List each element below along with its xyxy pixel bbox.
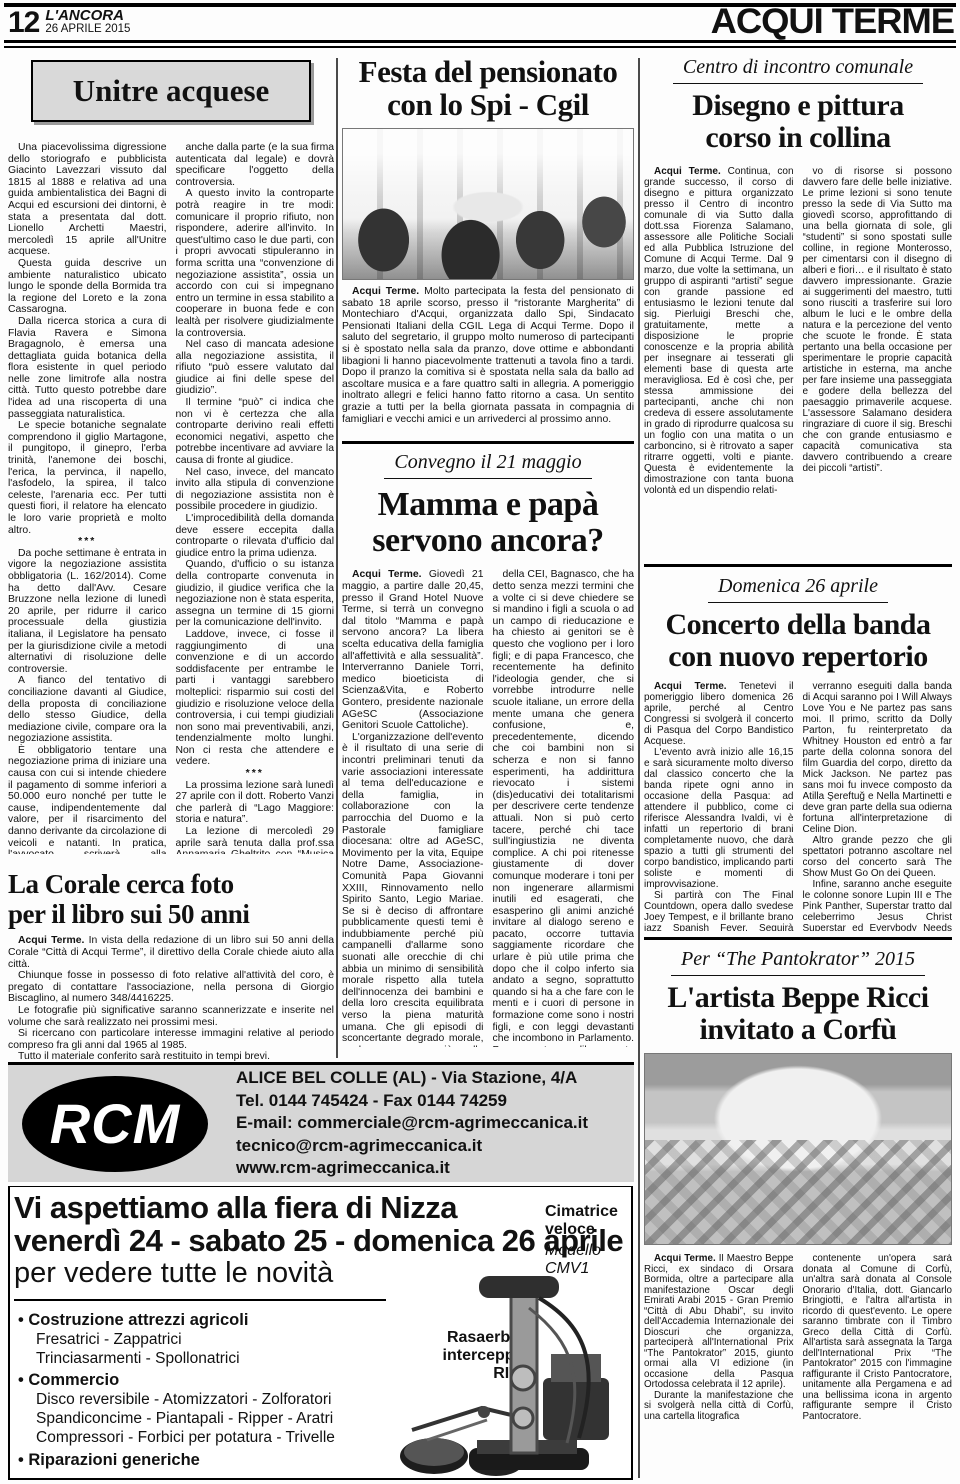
paragraph: Dalla ricerca storica a cura di Flavia R… [8, 316, 167, 420]
rcm-website: www.rcm-agrimeccanica.it [236, 1157, 588, 1179]
fiera-advertisement: Vi aspettiamo alla fiera di Nizza venerd… [8, 1186, 633, 1480]
dateline: Acqui Terme. [654, 1254, 716, 1264]
paragraph: vo di risorse si possono davvero fare de… [803, 166, 953, 474]
pantokrator-column-2: contenente un'opera sarà donata al Comun… [803, 1254, 953, 1452]
convegno-column-2: della CEI, Bagnasco, che ha detto senza … [493, 569, 635, 1047]
paragraph: Chiunque fosse in possesso di foto relat… [8, 970, 334, 1005]
concerto-body: Acqui Terme. Tenetevi il pomeriggio libe… [644, 681, 952, 931]
paragraph: A questo invito la controparte potrà rea… [176, 188, 335, 339]
fiera-headline-1: Vi aspettiamo alla fiera di Nizza [14, 1191, 631, 1224]
pantokrator-headline: L'artista Beppe Ricci invitato a Corfù [644, 982, 952, 1045]
paragraph: Una piacevolissima digressione dello sto… [8, 142, 167, 258]
convegno-headline: Mamma e papà servono ancora? [342, 487, 634, 558]
paragraph: Quando, d'ufficio o su istanza della con… [176, 559, 335, 629]
paragraph: L'improcedibilità della domanda deve ess… [176, 513, 335, 559]
paragraph: È obbligatorio tentare una negoziazione … [8, 745, 167, 854]
unitre-column-1: Una piacevolissima digressione dello sto… [8, 142, 167, 854]
convegno-kicker: Convegno il 21 maggio [342, 451, 634, 479]
article-divider-rule [644, 937, 952, 940]
painting-photo [644, 1053, 952, 1245]
concerto-kicker: Domenica 26 aprile [644, 575, 952, 603]
unitre-column-2: anche dalla parte (e la sua firma autent… [176, 142, 335, 854]
rcm-email-technical: tecnico@rcm-agrimeccanica.it [236, 1135, 588, 1157]
convegno-body: Acqui Terme. Giovedì 21 maggio, a partir… [342, 569, 634, 1047]
dateline: Acqui Terme. [352, 569, 421, 580]
paragraph: La lezione di mercoledì 29 aprile sarà t… [176, 826, 335, 854]
dateline: Acqui Terme. [18, 935, 84, 946]
masthead-title: L'ANCORA [45, 8, 130, 23]
rcm-phone: Tel. 0144 745424 - Fax 0144 74259 [236, 1090, 588, 1112]
disegno-column-1: Acqui Terme. Continua, con grande succes… [644, 166, 794, 558]
festa-body: Acqui Terme. Molto partecipata la festa … [342, 286, 634, 436]
paragraph: *** [8, 536, 167, 548]
paragraph: Nel caso di mancata adesione alla negozi… [176, 339, 335, 397]
fiera-headline-2: venerdì 24 - sabato 25 - domenica 26 apr… [14, 1224, 631, 1257]
corale-headline: La Corale cerca foto per il libro sui 50… [8, 870, 334, 929]
paragraph: L'organizzazione dell'evento è il risult… [342, 732, 484, 1048]
paragraph: anche dalla parte (e la sua firma autent… [176, 142, 335, 188]
festa-photo [342, 128, 634, 280]
rcm-address: ALICE BEL COLLE (AL) - Via Stazione, 4/A [236, 1067, 588, 1089]
paragraph: A fianco del tentativo di conciliazione … [8, 675, 167, 745]
column-divider-right [638, 58, 640, 1478]
header-double-rule [4, 40, 956, 48]
dateline: Acqui Terme. [654, 166, 721, 177]
paragraph: Il termine “può” ci indica che non vi è … [176, 397, 335, 467]
paragraph: Laddove, invece, ci fosse il raggiungime… [176, 629, 335, 768]
paragraph: Altro grande pezzo che gli spettatori po… [803, 835, 953, 879]
fiera-rule [14, 1299, 386, 1301]
pantokrator-kicker: Per “The Pantokrator” 2015 [644, 948, 952, 976]
paragraph: Si ricercano con particolare interesse i… [8, 1028, 334, 1051]
unitre-headline: Unitre acquese [73, 73, 270, 109]
article-divider-rule [342, 441, 634, 444]
paragraph: *** [176, 768, 335, 780]
page-header: 12 L'ANCORA 26 APRILE 2015 ACQUI TERME [4, 0, 956, 52]
pantokrator-body: Acqui Terme. Il Maestro Beppe Ricci, ex … [644, 1254, 952, 1452]
pantokrator-column-1: Acqui Terme. Il Maestro Beppe Ricci, ex … [644, 1254, 794, 1452]
rcm-logo: RCM [22, 1076, 208, 1172]
cimatrice-photo [459, 1258, 621, 1478]
dateline: Acqui Terme. [352, 286, 419, 297]
concerto-headline: Concerto della banda con nuovo repertori… [644, 609, 952, 672]
paragraph: Tutto il materiale conferito sarà restit… [8, 1051, 334, 1061]
paragraph: Durante la manifestazione che si svolger… [644, 1391, 794, 1423]
disegno-column-2: vo di risorse si possono davvero fare de… [803, 166, 953, 558]
paragraph: Infine, saranno anche eseguite le colonn… [803, 879, 953, 931]
disegno-kicker: Centro di incontro comunale [644, 56, 952, 84]
column-divider-left [336, 58, 338, 1058]
paragraph: Le specie botaniche segnalate comprendon… [8, 420, 167, 536]
paragraph: Nel caso, invece, del mancato invito all… [176, 467, 335, 513]
rcm-advertisement: RCM ALICE BEL COLLE (AL) - Via Stazione,… [8, 1062, 634, 1182]
rcm-contact-block: ALICE BEL COLLE (AL) - Via Stazione, 4/A… [236, 1067, 588, 1179]
paragraph: La prossima lezione sarà lunedì 27 april… [176, 780, 335, 826]
paragraph: verranno eseguiti dalla banda di Acqui s… [803, 681, 953, 835]
section-title: ACQUI TERME [711, 2, 954, 42]
paragraph: Si partirà con The Final Countdown, oper… [644, 890, 794, 931]
paragraph: Questa guida descrive un ambiente natura… [8, 258, 167, 316]
unitre-title-box: Unitre acquese [31, 60, 311, 122]
paragraph: Le fotografie più significative saranno … [8, 1005, 334, 1028]
paragraph: contenente un'opera sarà donata al Comun… [803, 1254, 953, 1422]
painting-rooftops [645, 1140, 951, 1245]
concerto-column-2: verranno eseguiti dalla banda di Acqui s… [803, 681, 953, 931]
convegno-column-1: Acqui Terme. Giovedì 21 maggio, a partir… [342, 569, 484, 1047]
paragraph: L'evento avrà inizio alle 16,15 e sarà s… [644, 747, 794, 890]
dateline: Acqui Terme. [654, 681, 727, 692]
disegno-body: Acqui Terme. Continua, con grande succes… [644, 166, 952, 558]
article-divider-rule [644, 564, 952, 567]
masthead-block: 12 L'ANCORA 26 APRILE 2015 [8, 8, 130, 38]
festa-headline: Festa del pensionato con lo Spi - Cgil [342, 56, 634, 121]
disegno-headline: Disegno e pittura corso in collina [644, 90, 952, 153]
unitre-body: Una piacevolissima digressione dello sto… [8, 142, 334, 854]
concerto-column-1: Acqui Terme. Tenetevi il pomeriggio libe… [644, 681, 794, 931]
middle-column-group: Festa del pensionato con lo Spi - Cgil A… [342, 56, 634, 1047]
article-unitre: Unitre acquese Una piacevolissima digres… [8, 56, 334, 1061]
corale-body: Acqui Terme. In vista della redazione di… [8, 935, 334, 1061]
rcm-email-commercial: E-mail: commerciale@rcm-agrimeccanica.it [236, 1112, 588, 1134]
page-number: 12 [8, 8, 39, 38]
newspaper-page: 12 L'ANCORA 26 APRILE 2015 ACQUI TERME U… [0, 0, 960, 1484]
right-column-group: Centro di incontro comunale Disegno e pi… [644, 56, 952, 1452]
paragraph: della CEI, Bagnasco, che ha detto senza … [493, 569, 635, 1047]
edition-date: 26 APRILE 2015 [45, 23, 130, 36]
paragraph: Da poche settimane è entrata in vigore l… [8, 548, 167, 676]
